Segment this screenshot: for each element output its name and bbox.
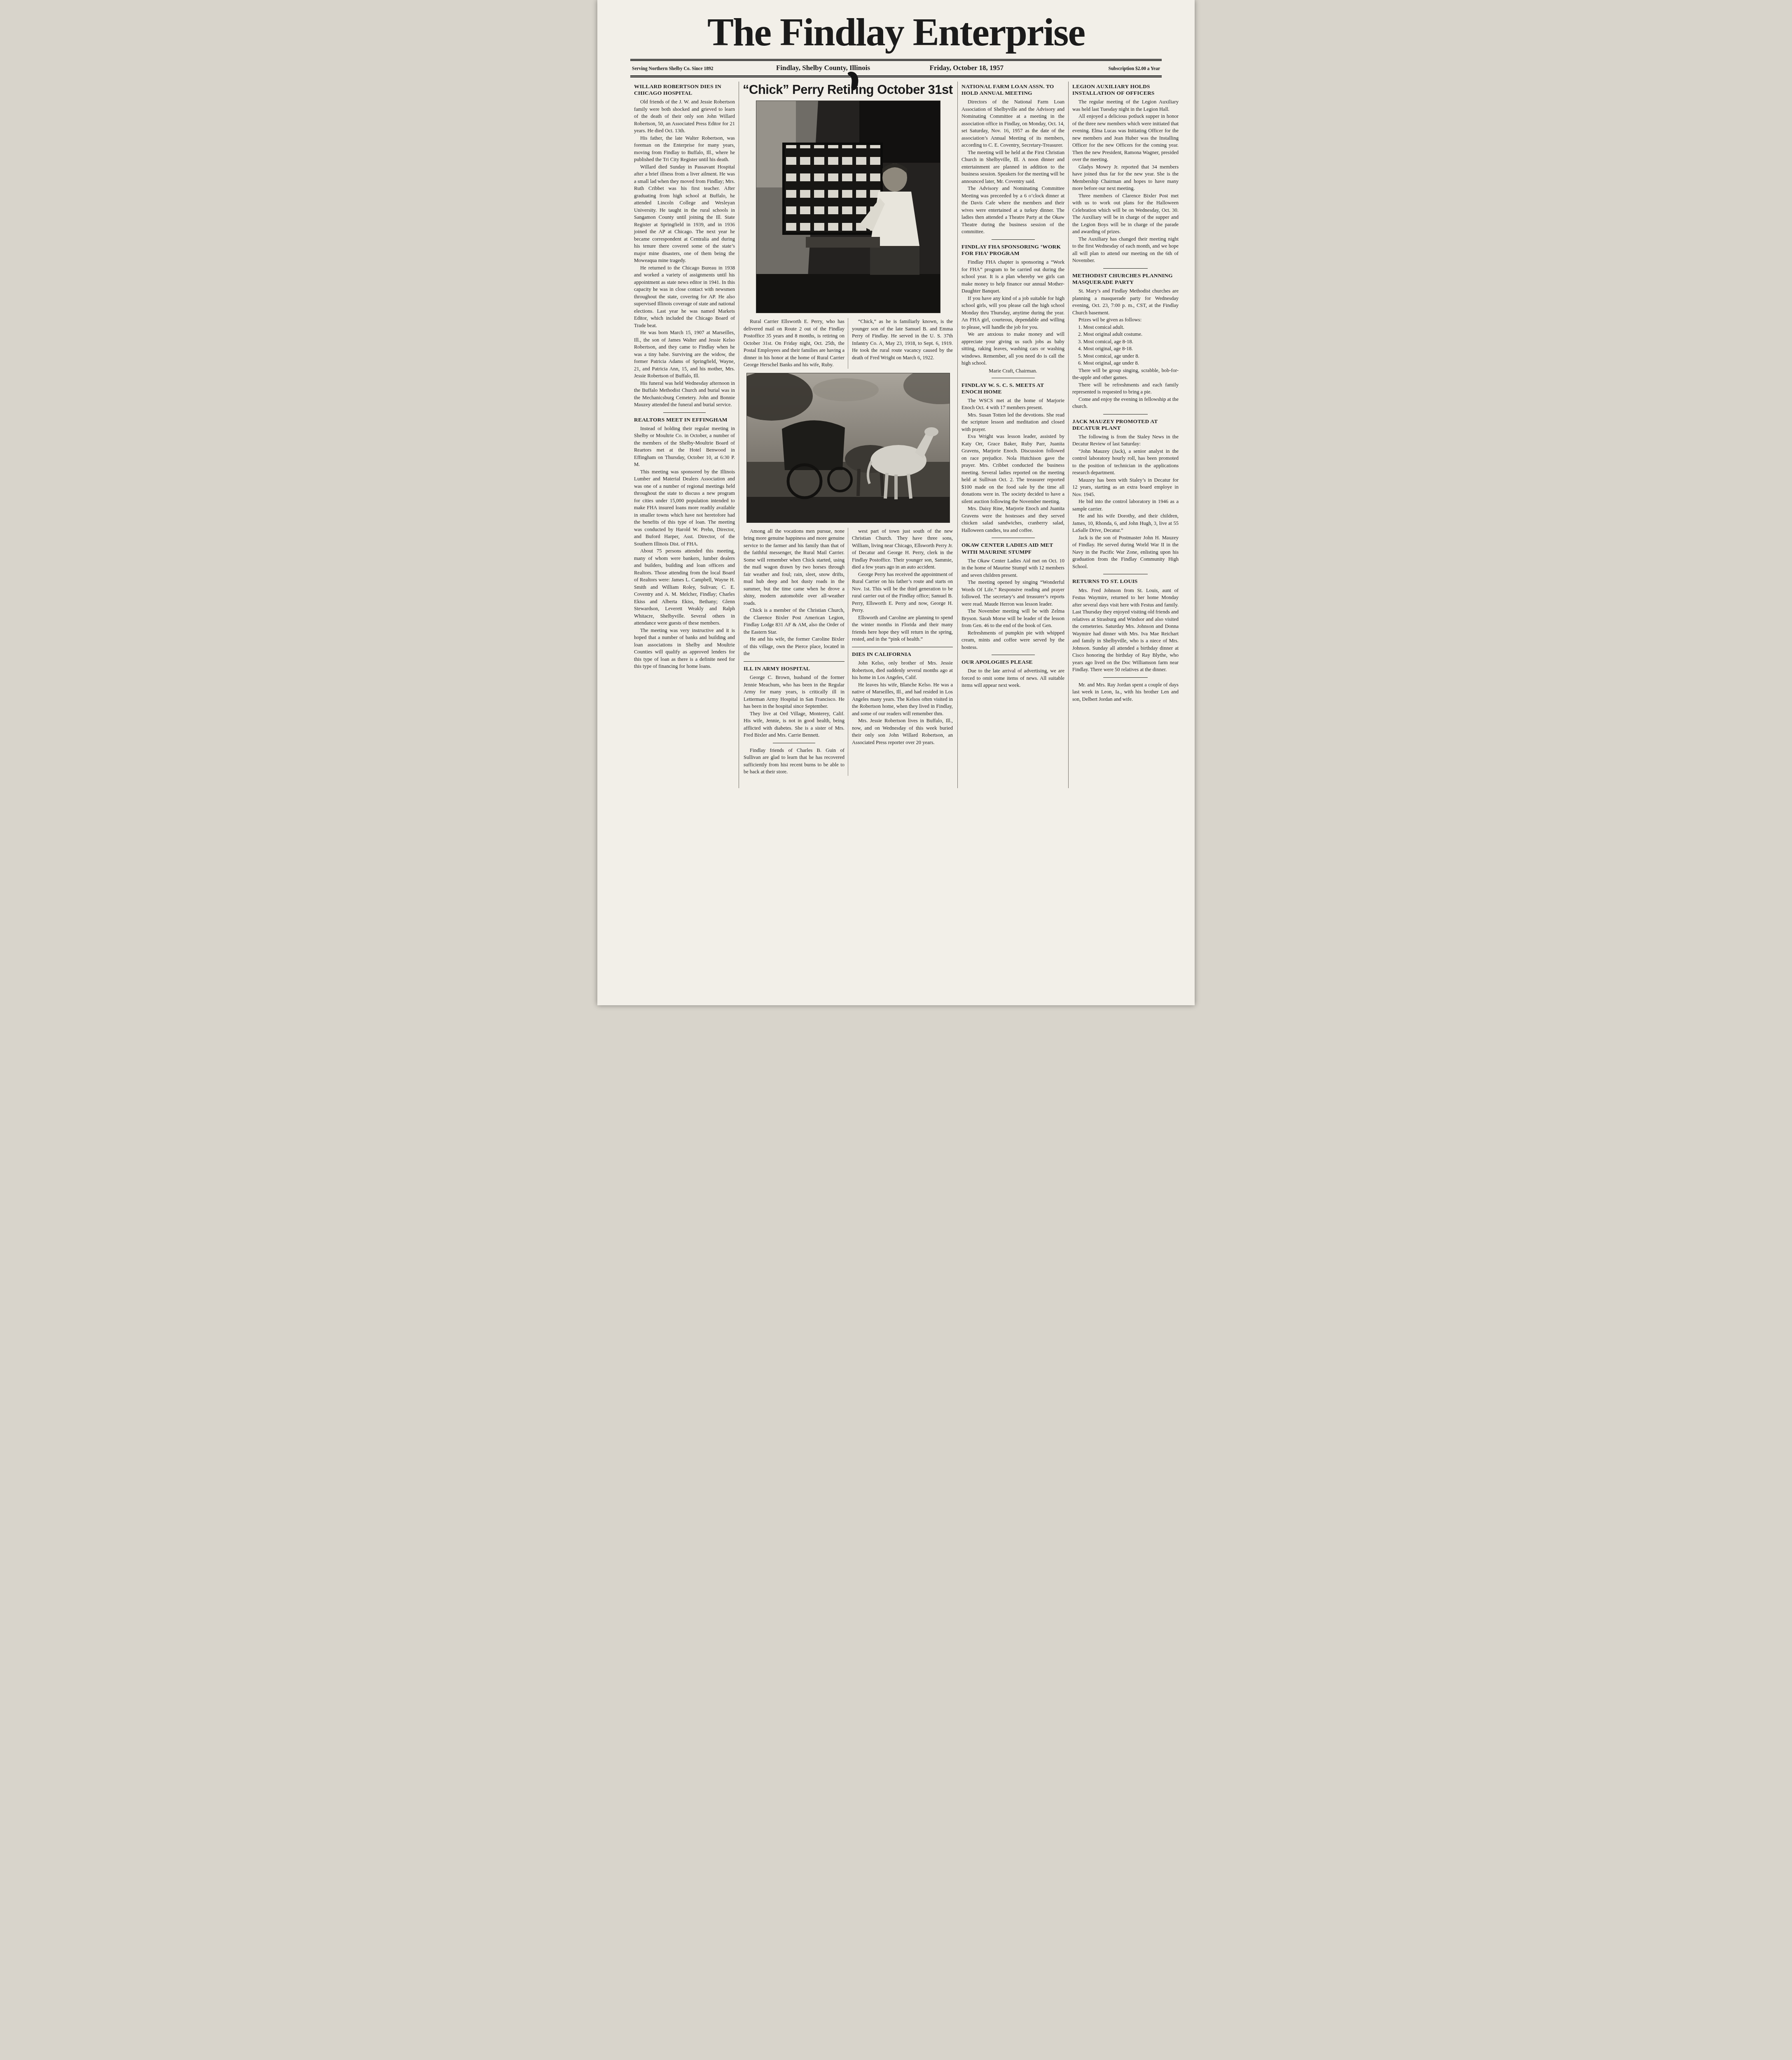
article-paragraph: Findlay FHA chapter is sponsoring a “Wor… <box>962 259 1064 295</box>
column-4: NATIONAL FARM LOAN ASSN. TO HOLD ANNUAL … <box>958 82 1069 788</box>
feature-paragraph: George Perry has received the appointmen… <box>852 571 953 614</box>
article-title: JACK MAUZEY PROMOTED AT DECATUR PLANT <box>1072 418 1179 431</box>
masthead: The Findlay Enterprise Serving Northern … <box>630 12 1162 77</box>
article-paragraph: “John Mauzey (Jack), a senior analyst in… <box>1072 448 1179 477</box>
article-paragraph: The Auxiliary has changed their meeting … <box>1072 236 1179 265</box>
prize-item: 3. Most comical, age 8-18. <box>1072 338 1179 346</box>
page-columns: WILLARD ROBERTSON DIES IN CHICAGO HOSPIT… <box>630 82 1162 788</box>
article-paragraph: If you have any kind of a job suitable f… <box>962 295 1064 331</box>
article-paragraph: There will be group singing, scrabble, b… <box>1072 367 1179 382</box>
article-ill-in-army-hospital: ILL IN ARMY HOSPITAL George C. Brown, hu… <box>744 665 845 739</box>
feature-paragraph: He and his wife, the former Caroline Bix… <box>744 636 845 658</box>
article-paragraph: He returned to the Chicago Bureau in 193… <box>634 265 735 330</box>
ink-smudge <box>846 71 860 91</box>
prize-list: 1. Most comical adult. 2. Most original … <box>1072 324 1179 367</box>
article-paragraph: The WSCS met at the home of Marjorie Eno… <box>962 397 1064 412</box>
column-3: west part of town just south of the new … <box>848 528 954 776</box>
article-paragraph: Refreshments of pumpkin pie with whipped… <box>962 630 1064 651</box>
prize-item: 1. Most comical adult. <box>1072 324 1179 331</box>
article-paragraph: Mrs. Susan Totten led the devotions. She… <box>962 412 1064 433</box>
article-paragraph: He was born March 15, 1907 at Marseilles… <box>634 329 735 380</box>
article-title: RETURNS TO ST. LOUIS <box>1072 578 1179 585</box>
newspaper-title: The Findlay Enterprise <box>630 12 1162 53</box>
article-title: WILLARD ROBERTSON DIES IN CHICAGO HOSPIT… <box>634 83 735 96</box>
article-paragraph: Prizes wil be given as follows: <box>1072 316 1179 324</box>
caption-text: “Chick,” as he is familiarly known, is t… <box>852 318 953 361</box>
prize-item: 4. Most original, age 8-18. <box>1072 345 1179 353</box>
article-paragraph: Instead of holding their regular meeting… <box>634 425 735 468</box>
article-paragraph: Mrs. Daisy Rine, Marjorie Enoch and Juan… <box>962 505 1064 534</box>
article-paragraph: St. Mary’s and Findlay Methodist churche… <box>1072 288 1179 316</box>
article-paragraph: Gladys Mowry Jr. reported that 34 member… <box>1072 164 1179 192</box>
article-paragraph: Willard died Sunday in Passavant Hospita… <box>634 164 735 265</box>
article-title: ILL IN ARMY HOSPITAL <box>744 665 845 672</box>
article-paragraph: Three members of Clarence Bixler Post me… <box>1072 192 1179 236</box>
article-paragraph: He bid into the control laboratory in 19… <box>1072 498 1179 513</box>
article-jack-mauzey: JACK MAUZEY PROMOTED AT DECATUR PLANT Th… <box>1072 418 1179 571</box>
masthead-tagline: Serving Northern Shelby Co. Since 1892 <box>632 66 713 71</box>
caption-text: Rural Carrier Ellsworth E. Perry, who ha… <box>744 318 845 369</box>
article-willard-robertson: WILLARD ROBERTSON DIES IN CHICAGO HOSPIT… <box>634 83 735 409</box>
photo1-caption: Rural Carrier Ellsworth E. Perry, who ha… <box>743 318 954 369</box>
article-methodist-masquerade: METHODIST CHURCHES PLANNING MASQUERADE P… <box>1072 272 1179 410</box>
article-paragraph: Directors of the National Farm Loan Asso… <box>962 98 1064 149</box>
newspaper-page: The Findlay Enterprise Serving Northern … <box>597 0 1195 1005</box>
article-divider <box>1103 414 1148 414</box>
article-paragraph: The following is from the Staley News in… <box>1072 433 1179 448</box>
section-rule <box>744 661 845 662</box>
article-paragraph: Come and enjoy the evening in fellowship… <box>1072 396 1179 410</box>
article-divider <box>992 378 1035 378</box>
caption-right-column: “Chick,” as he is familiarly known, is t… <box>848 318 954 369</box>
column-5: LEGION AUXILIARY HOLDS INSTALLATION OF O… <box>1069 82 1182 788</box>
article-paragraph: We are anxious to make money and will ap… <box>962 331 1064 367</box>
subscription-price: Subscription $2.00 a Year <box>1109 66 1160 71</box>
article-paragraph: About 75 persons attended this meeting, … <box>634 548 735 627</box>
article-divider <box>773 743 815 743</box>
feature-paragraph: Ellsworth and Caroline are planning to s… <box>852 614 953 643</box>
article-title: FINDLAY FHA SPONSORING ‘WORK FOR FHA’ PR… <box>962 243 1064 257</box>
article-paragraph: Jack is the son of Postmaster John H. Ma… <box>1072 534 1179 571</box>
article-title: DIES IN CALIFORNIA <box>852 651 953 658</box>
article-divider <box>1103 268 1148 269</box>
article-divider <box>663 412 706 413</box>
article-paragraph: Mauzey has been with Staley’s in Decatur… <box>1072 477 1179 499</box>
article-paragraph: He and his wife Dorothy, and their child… <box>1072 513 1179 534</box>
article-returns-to-st-louis: RETURNS TO ST. LOUIS Mrs. Fred Johnson f… <box>1072 578 1179 673</box>
article-okaw-ladies-aid: OKAW CENTER LADIES AID MET WITH MAURINE … <box>962 542 1064 651</box>
section-rule <box>852 647 953 647</box>
article-title: OUR APOLOGIES PLEASE <box>962 659 1064 665</box>
article-paragraph: The regular meeting of the Legion Auxili… <box>1072 98 1179 113</box>
article-title: OKAW CENTER LADIES AID MET WITH MAURINE … <box>962 542 1064 555</box>
prize-item: 5. Most comical, age under 8. <box>1072 353 1179 360</box>
article-paragraph: Eva Wright was lesson leader, assisted b… <box>962 433 1064 505</box>
center-feature: “Chick” Perry Retiring October 31st <box>739 82 958 788</box>
article-paragraph: The meeting was very instructive and it … <box>634 627 735 670</box>
article-title: LEGION AUXILIARY HOLDS INSTALLATION OF O… <box>1072 83 1179 96</box>
article-paragraph: John Kelso, only brother of Mrs. Jessie … <box>852 660 953 681</box>
article-divider <box>992 239 1035 240</box>
feature-paragraph: west part of town just south of the new … <box>852 528 953 571</box>
article-title: FINDLAY W. S. C. S. MEETS AT ENOCH HOME <box>962 382 1064 395</box>
center-lower-columns: Among all the vocations men pursue, none… <box>743 528 954 776</box>
article-paragraph: His father, the late Walter Robertson, w… <box>634 135 735 164</box>
article-divider <box>1103 574 1148 574</box>
article-realtors-effingham: REALTORS MEET IN EFFINGHAM Instead of ho… <box>634 417 735 670</box>
article-paragraph: His funeral was held Wednesday afternoon… <box>634 380 735 409</box>
article-divider <box>992 538 1035 538</box>
article-signature: Marie Craft, Chairman. <box>962 368 1064 374</box>
article-paragraph: He leaves his wife, Blanche Kelso. He wa… <box>852 681 953 718</box>
article-paragraph: Mrs. Fred Johnson from St. Louis, aunt o… <box>1072 587 1179 674</box>
article-title: REALTORS MEET IN EFFINGHAM <box>634 417 735 423</box>
article-divider <box>1103 677 1148 678</box>
article-paragraph: Old friends of the J. W. and Jessie Robe… <box>634 98 735 135</box>
article-title: METHODIST CHURCHES PLANNING MASQUERADE P… <box>1072 272 1179 286</box>
article-paragraph: George C. Brown, husband of the former J… <box>744 674 845 710</box>
article-paragraph: The meeting will be held at the First Ch… <box>962 149 1064 185</box>
article-our-apologies: OUR APOLOGIES PLEASE Due to the late arr… <box>962 659 1064 689</box>
article-paragraph: The Advisory and Nominating Committee Me… <box>962 185 1064 236</box>
article-findlay-fha: FINDLAY FHA SPONSORING ‘WORK FOR FHA’ PR… <box>962 243 1064 374</box>
feature-paragraph: Chick is a member of the Christian Churc… <box>744 607 845 636</box>
brief-item-guin: Findlay friends of Charles B. Guin of Su… <box>744 747 845 776</box>
column-2: Among all the vocations men pursue, none… <box>743 528 848 776</box>
article-divider <box>992 655 1035 655</box>
article-findlay-wscs: FINDLAY W. S. C. S. MEETS AT ENOCH HOME … <box>962 382 1064 534</box>
prize-item: 6. Most original, age under 8. <box>1072 360 1179 367</box>
prize-item: 2. Most original adult costume. <box>1072 331 1179 338</box>
mail-wagon-photo <box>746 373 950 523</box>
article-paragraph: The Okaw Center Ladies Aid met on Oct. 1… <box>962 557 1064 579</box>
dateline-bar: Serving Northern Shelby Co. Since 1892 F… <box>630 59 1162 77</box>
article-paragraph: All enjoyed a delicious potluck supper i… <box>1072 113 1179 164</box>
article-paragraph: Mrs. Jessie Robertson lives in Buffalo, … <box>852 717 953 746</box>
dateline-date: Friday, October 18, 1957 <box>930 64 1004 72</box>
article-paragraph: There will be refreshments and each fami… <box>1072 382 1179 396</box>
article-paragraph: Due to the late arrival of advertising, … <box>962 667 1064 689</box>
article-title: NATIONAL FARM LOAN ASSN. TO HOLD ANNUAL … <box>962 83 1064 96</box>
article-paragraph: The meeting opened by singing “Wonderful… <box>962 579 1064 608</box>
feature-paragraph: Among all the vocations men pursue, none… <box>744 528 845 607</box>
sorting-case-photo <box>756 101 940 313</box>
article-paragraph: Mr. and Mrs. Ray Jordan spent a couple o… <box>1072 681 1179 703</box>
article-paragraph: The November meeting will be with Zelma … <box>962 608 1064 630</box>
article-national-farm-loan: NATIONAL FARM LOAN ASSN. TO HOLD ANNUAL … <box>962 83 1064 236</box>
column-1: WILLARD ROBERTSON DIES IN CHICAGO HOSPIT… <box>630 82 739 788</box>
article-dies-in-california: DIES IN CALIFORNIA John Kelso, only brot… <box>852 651 953 746</box>
caption-left-column: Rural Carrier Ellsworth E. Perry, who ha… <box>743 318 848 369</box>
article-paragraph: This meeting was sponsored by the Illino… <box>634 468 735 548</box>
brief-item-jordan: Mr. and Mrs. Ray Jordan spent a couple o… <box>1072 681 1179 703</box>
article-paragraph: They live at Ord Village, Monterey, Cali… <box>744 710 845 739</box>
article-legion-auxiliary: LEGION AUXILIARY HOLDS INSTALLATION OF O… <box>1072 83 1179 265</box>
